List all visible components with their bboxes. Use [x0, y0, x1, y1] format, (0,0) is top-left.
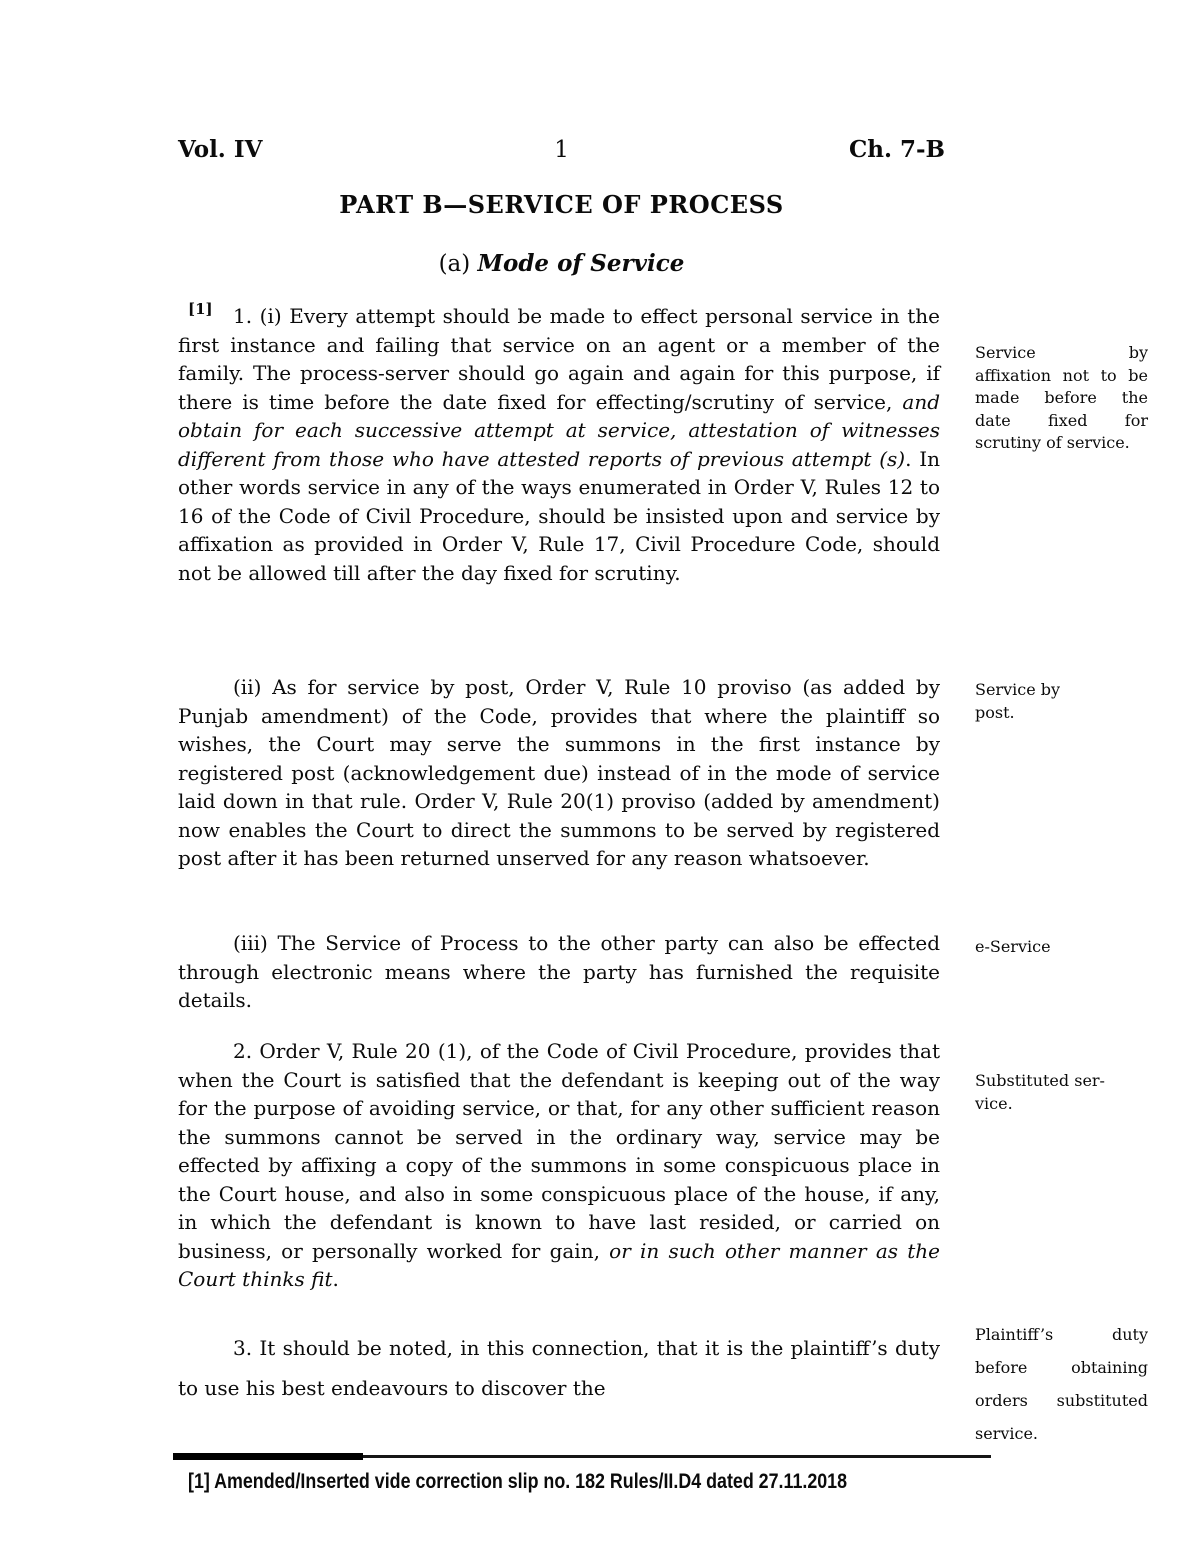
page-number: 1: [434, 137, 690, 163]
document-page: Vol. IV 1 Ch. 7-B PART B—SERVICE OF PROC…: [0, 0, 1200, 1553]
margin-note-service-by-post: Service by post.: [975, 679, 1148, 724]
paragraph-1ii: (ii) As for service by post, Order V, Ru…: [178, 673, 940, 873]
margin-note-plaintiffs-duty: Plaintiff’s duty before obtaining orders…: [975, 1318, 1148, 1450]
footnote-marker: [1]: [188, 295, 213, 324]
margin-note-line: Plaintiff’s duty: [975, 1318, 1148, 1351]
paragraph-2: 2. Order V, Rule 20 (1), of the Code of …: [178, 1037, 940, 1294]
footnote-text: [1] Amended/Inserted vide correction sli…: [188, 1470, 847, 1494]
margin-note-line: before obtaining: [975, 1351, 1148, 1384]
margin-note-affixation: Service by affixation not to be made bef…: [975, 342, 1148, 455]
paragraph-1i-run-1: 1. (i) Every attempt should be made to e…: [178, 304, 940, 414]
footnote-separator-thick-segment: [173, 1453, 363, 1460]
part-title: PART B—SERVICE OF PROCESS: [178, 190, 945, 219]
margin-note-line: post.: [975, 702, 1148, 725]
paragraph-3-run-1: 3. It should be noted, in this connectio…: [178, 1336, 940, 1400]
subtitle-prefix: (a): [439, 251, 478, 277]
margin-note-line: orders substituted: [975, 1384, 1148, 1417]
footnote-separator-rule: [173, 1455, 991, 1458]
margin-note-line: date fixed for: [975, 410, 1148, 433]
section-subtitle: (a) Mode of Service: [178, 250, 945, 277]
chapter-label: Ch. 7-B: [689, 136, 945, 163]
volume-label: Vol. IV: [178, 136, 434, 163]
paragraph-1i: [1]1. (i) Every attempt should be made t…: [178, 302, 940, 587]
margin-note-line: affixation not to be: [975, 365, 1148, 388]
paragraph-2-run-1: 2. Order V, Rule 20 (1), of the Code of …: [178, 1039, 940, 1263]
margin-note-substituted-service: Substituted ser- vice.: [975, 1070, 1148, 1115]
margin-note-line: Substituted ser-: [975, 1070, 1148, 1093]
paragraph-3: 3. It should be noted, in this connectio…: [178, 1328, 940, 1408]
margin-note-line: service.: [975, 1417, 1148, 1450]
margin-note-line: Service by: [975, 679, 1148, 702]
margin-note-e-service: e-Service: [975, 936, 1148, 959]
paragraph-1ii-run-1: (ii) As for service by post, Order V, Ru…: [178, 675, 940, 870]
paragraph-2-run-2: .: [333, 1267, 339, 1291]
paragraph-1iii: (iii) The Service of Process to the othe…: [178, 929, 940, 1015]
paragraph-1iii-run-1: (iii) The Service of Process to the othe…: [178, 931, 940, 1012]
page-header: Vol. IV 1 Ch. 7-B: [178, 136, 945, 163]
margin-note-line: Service by: [975, 342, 1148, 365]
subtitle-text: Mode of Service: [478, 250, 685, 277]
margin-note-line: e-Service: [975, 936, 1148, 959]
margin-note-line: vice.: [975, 1093, 1148, 1116]
margin-note-line: made before the: [975, 387, 1148, 410]
margin-note-line: scrutiny of service.: [975, 432, 1148, 455]
